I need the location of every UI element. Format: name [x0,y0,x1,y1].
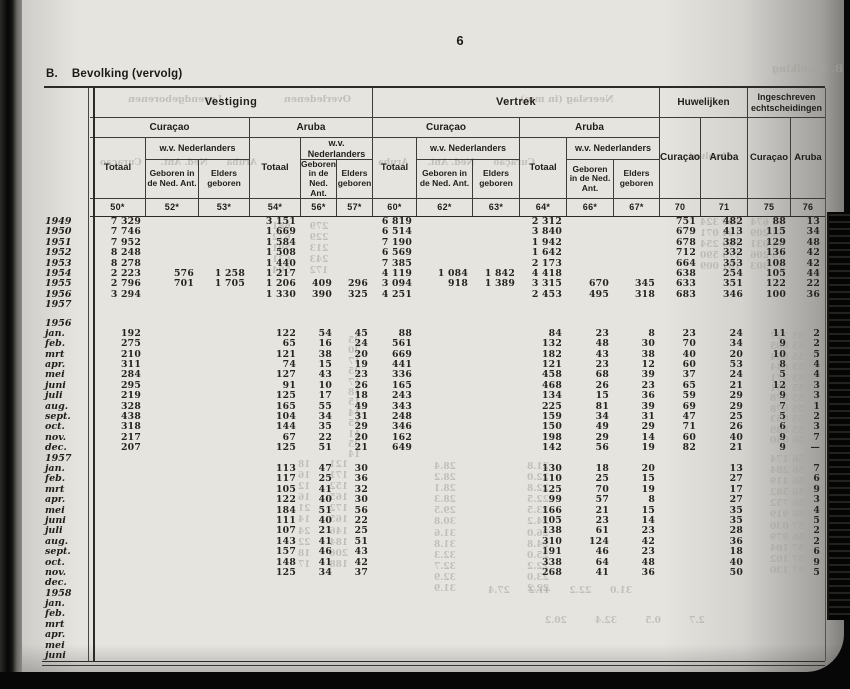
table-row-jan: jan.11347301301820137 [40,464,825,474]
cell [701,620,748,630]
cell [660,620,701,630]
cell [417,290,473,300]
cell: 18 [701,547,748,557]
section-letter: B. [46,68,58,80]
cell [614,641,660,651]
wv-nederlanders-4: w.v. Nederlanders [567,138,660,160]
cell [146,370,199,380]
colnum-63: 63* [473,198,520,216]
row-label: juni [40,651,90,661]
cell [614,217,660,227]
cell [473,217,520,227]
col-elders-67: Elders geboren [614,160,660,198]
cell [146,329,199,339]
table-row-mrt: mrt [40,620,825,630]
colnum-62: 62* [417,198,473,216]
table-row-mei: mei [40,641,825,651]
colnum-54: 54* [250,198,301,216]
cell: 1 389 [473,279,520,289]
group-vestiging: Vestiging [90,88,373,118]
cell [417,464,473,474]
cell [146,391,199,401]
cell [199,568,250,578]
cell [417,630,473,640]
cell [748,474,791,484]
cell [748,516,791,526]
cell [373,300,417,310]
cell [250,589,301,599]
cell [520,609,567,619]
cell [373,589,417,599]
cell [660,495,701,505]
cell [417,537,473,547]
cell [417,620,473,630]
col-geboren-62: Geboren in de Ned. Ant. [417,160,473,198]
cell [146,599,199,609]
table-row-1957: 1957 [40,300,825,310]
cell: 6 569 [373,248,417,258]
cell [199,290,250,300]
cell [199,599,250,609]
table-row-oct: oct.14841423386448409 [40,558,825,568]
cell [614,248,660,258]
table-left-double-rule [88,88,95,661]
cell [520,630,567,640]
cell: 1 642 [520,248,567,258]
cell [199,558,250,568]
cell [473,319,520,329]
colnum-76: 76 [791,198,825,216]
cell [417,360,473,370]
cell: 100 [748,290,791,300]
cell [301,300,337,310]
cell [473,506,520,516]
cell [660,464,701,474]
cell [473,360,520,370]
cell [146,464,199,474]
cell: 30 [337,495,373,505]
cell [473,227,520,237]
cell [473,238,520,248]
cell [373,495,417,505]
cell: 157 [250,547,301,557]
table-row-mrt: mrt10541321257019179 [40,485,825,495]
cell [417,319,473,329]
cell [473,422,520,432]
cell [146,506,199,516]
colnum-66: 66* [567,198,614,216]
table-row-aug: aug.143415131012442362 [40,537,825,547]
table-row-1956: 19563 2941 3303903254 2512 4534953186833… [40,290,825,300]
cell [337,620,373,630]
table-row-mei: mei28412743233364586839372454 [40,370,825,380]
cell [146,319,199,329]
cell [473,609,520,619]
cell [660,599,701,609]
cell: 683 [660,290,701,300]
cell [199,248,250,258]
cell [199,422,250,432]
cell [701,599,748,609]
cell [417,391,473,401]
cell: 125 [250,568,301,578]
cell [567,248,614,258]
cell [250,609,301,619]
cell [90,589,146,599]
col-geboren-56: Geboren in de Ned. Ant. [301,160,337,198]
cell [567,300,614,310]
colnum-75: 75 [748,198,791,216]
cell [417,506,473,516]
table-row-juni: juni29591102616546826236521123 [40,381,825,391]
cell [146,443,199,453]
cell [701,589,748,599]
cell [473,526,520,536]
cell [660,589,701,599]
cell [748,651,791,661]
cell [660,537,701,547]
cell [520,589,567,599]
cell [567,217,614,227]
colnum-64: 64* [520,198,567,216]
table-row-juni: juni11140221052314355 [40,516,825,526]
table-row-apr: apr.122403099578273 [40,495,825,505]
cell [660,506,701,516]
cell [748,454,791,464]
cell [701,578,748,588]
cell [567,259,614,269]
cell: 42 [791,248,825,258]
cell: 6 [791,547,825,557]
colnum-56: 56* [301,198,337,216]
cell [660,526,701,536]
row-spacer [40,311,825,319]
cell [146,558,199,568]
cell [417,339,473,349]
cell: 40 [301,495,337,505]
cell: 99 [520,495,567,505]
table-row-1954: 19542 2235761 2581 2174 1191 0841 8424 4… [40,269,825,279]
cell [473,599,520,609]
cell: 1 508 [250,248,301,258]
table-row-sept: sept.43810434312481593431472552 [40,412,825,422]
cell [301,630,337,640]
cell: 3 294 [90,290,146,300]
cell: 36 [791,290,825,300]
cell [417,300,473,310]
cell [660,609,701,619]
cell [146,620,199,630]
cell [567,238,614,248]
cell: 136 [748,248,791,258]
scanned-page: LevendgeborenenOverledenenNeerslag (in m… [0,0,850,689]
statistics-table: Vestiging Vertrek Huwelijken Ingeschreve… [40,88,825,661]
colnum-60: 60* [373,198,417,216]
cell [748,599,791,609]
cell [748,568,791,578]
cell [301,227,337,237]
cell [90,526,146,536]
region-vertrek-curacao: Curaçao [373,118,520,138]
region-vestiging-curacao: Curaçao [90,118,250,138]
cell [520,651,567,661]
cell: 5 [791,568,825,578]
table-right-rule [825,88,826,661]
cell [417,474,473,484]
col-elders-53: Elders geboren [199,160,250,198]
cell [199,537,250,547]
table-row-1957: 1957 [40,454,825,464]
cell: 37 [337,568,373,578]
cell [199,620,250,630]
colnum-53: 53* [199,198,250,216]
cell [567,641,614,651]
table-row-dec: dec. [40,578,825,588]
cell [791,578,825,588]
cell [417,526,473,536]
cell: 390 [301,290,337,300]
cell [90,495,146,505]
region-vestiging-aruba: Aruba [250,118,373,138]
cell [90,506,146,516]
cell [301,589,337,599]
cell [701,630,748,640]
cell [199,217,250,227]
cell [473,433,520,443]
cell: 21 [337,443,373,453]
cell [567,227,614,237]
cell [146,339,199,349]
table-row-juni: juni [40,651,825,661]
cell [373,630,417,640]
cell [417,370,473,380]
cell [748,537,791,547]
cell [337,259,373,269]
cell [199,578,250,588]
cell [90,558,146,568]
cell: 268 [520,568,567,578]
huwelijken-aruba: Aruba [701,118,748,198]
table-row-apr: apr. [40,630,825,640]
cell [337,227,373,237]
cell [199,589,250,599]
cell [614,589,660,599]
table-row-feb: feb.11725361102515276 [40,474,825,484]
cell [373,547,417,557]
cell [473,547,520,557]
cell [473,248,520,258]
col-totaal-50: Totaal [90,138,146,198]
cell [417,485,473,495]
cell [199,412,250,422]
cell [791,609,825,619]
cell [90,568,146,578]
cell [146,485,199,495]
page-number: 6 [440,33,480,48]
cell [520,599,567,609]
cell [146,568,199,578]
cell [337,599,373,609]
cell [146,422,199,432]
cell [473,558,520,568]
table-header: Vestiging Vertrek Huwelijken Ingeschreve… [40,88,825,217]
wv-nederlanders-2: w.v. Nederlanders [301,138,373,160]
cell: 318 [614,290,660,300]
cell [567,620,614,630]
cell [90,651,146,661]
cell [417,547,473,557]
cell [199,454,250,464]
cell: 918 [417,279,473,289]
cell [373,485,417,495]
cell [373,609,417,619]
cell [199,329,250,339]
cell [701,641,748,651]
cell [417,599,473,609]
cell [791,589,825,599]
cell [417,589,473,599]
colnum-67: 67* [614,198,660,216]
cell [520,578,567,588]
cell [660,630,701,640]
table-row-1951: 19517 9521 5847 1901 94267838212948 [40,238,825,248]
cell: 27 [701,495,748,505]
cell [337,589,373,599]
cell [90,516,146,526]
cell [748,495,791,505]
cell [701,609,748,619]
cell [660,547,701,557]
table-row-feb: feb. [40,609,825,619]
cell [146,412,199,422]
cell: 51 [301,443,337,453]
cell [337,630,373,640]
wv-nederlanders-3: w.v. Nederlanders [417,138,520,160]
cell [337,641,373,651]
huwelijken-curacao: Curaçao [660,118,701,198]
cell [250,300,301,310]
cell [373,537,417,547]
table-row-sept: sept.15746431914623186 [40,547,825,557]
cell [199,238,250,248]
cell [337,609,373,619]
echtscheidingen-curacao: Curaçao [748,118,791,198]
cell [614,238,660,248]
table-row-1955: 19552 7967011 7051 2064092963 0949181 38… [40,279,825,289]
cell [373,464,417,474]
cell [250,630,301,640]
cell [373,474,417,484]
cell: 142 [520,443,567,453]
cell [473,485,520,495]
cell [417,238,473,248]
cell [199,300,250,310]
cell [473,443,520,453]
table-row-1956: 1956 [40,319,825,329]
cell [146,454,199,464]
cell [199,641,250,651]
cell [250,651,301,661]
cell [520,300,567,310]
cell [748,300,791,310]
cell: 125 [250,443,301,453]
cell: 712 [660,248,701,258]
cell: 9 [748,443,791,453]
table-row-1953: 19538 2781 4407 3852 17366435310842 [40,259,825,269]
table-bottom-rule [42,661,825,666]
table-row-juli: juli21912517182431341536592993 [40,391,825,401]
cell [199,350,250,360]
cell [417,578,473,588]
row-label: 1957 [40,300,90,310]
cell [614,630,660,640]
cell [417,558,473,568]
cell [567,599,614,609]
cell [146,433,199,443]
cell [146,474,199,484]
table-row-nov: nov.2176722201621982914604097 [40,433,825,443]
cell [90,599,146,609]
table-row-aug: aug.32816555493432258139692971 [40,402,825,412]
cell [567,651,614,661]
cell [473,568,520,578]
cell [748,620,791,630]
cell [250,578,301,588]
cell: 50 [701,568,748,578]
cell [199,630,250,640]
cell: 82 [660,443,701,453]
cell [791,599,825,609]
cell [748,641,791,651]
cell [660,516,701,526]
cell [473,578,520,588]
cell: 346 [701,290,748,300]
header-grid: Vestiging Vertrek Huwelijken Ingeschreve… [90,88,825,217]
cell [146,238,199,248]
cell [417,609,473,619]
cell [567,630,614,640]
cell [473,537,520,547]
cell [373,578,417,588]
cell [373,516,417,526]
table-row-1958: 1958 [40,589,825,599]
col-geboren-52: Geboren in de Ned. Ant. [146,160,199,198]
colnum-50: 50* [90,198,146,216]
cell [748,464,791,474]
cell [199,319,250,329]
cell [301,578,337,588]
section-title: Bevolking (vervolg) [72,68,183,80]
cell [660,651,701,661]
cell [146,227,199,237]
cell [748,558,791,568]
cell [301,599,337,609]
cell: 21 [701,443,748,453]
cell: 8 [614,495,660,505]
cell [146,217,199,227]
cell [373,558,417,568]
cell [146,381,199,391]
cell [90,454,146,464]
cell [417,422,473,432]
table-row-juli: juli10721251386123282 [40,526,825,536]
row-label-column-spacer [40,88,90,217]
cell [660,568,701,578]
cell [660,474,701,484]
cell [146,589,199,599]
cell [337,248,373,258]
cell [701,300,748,310]
